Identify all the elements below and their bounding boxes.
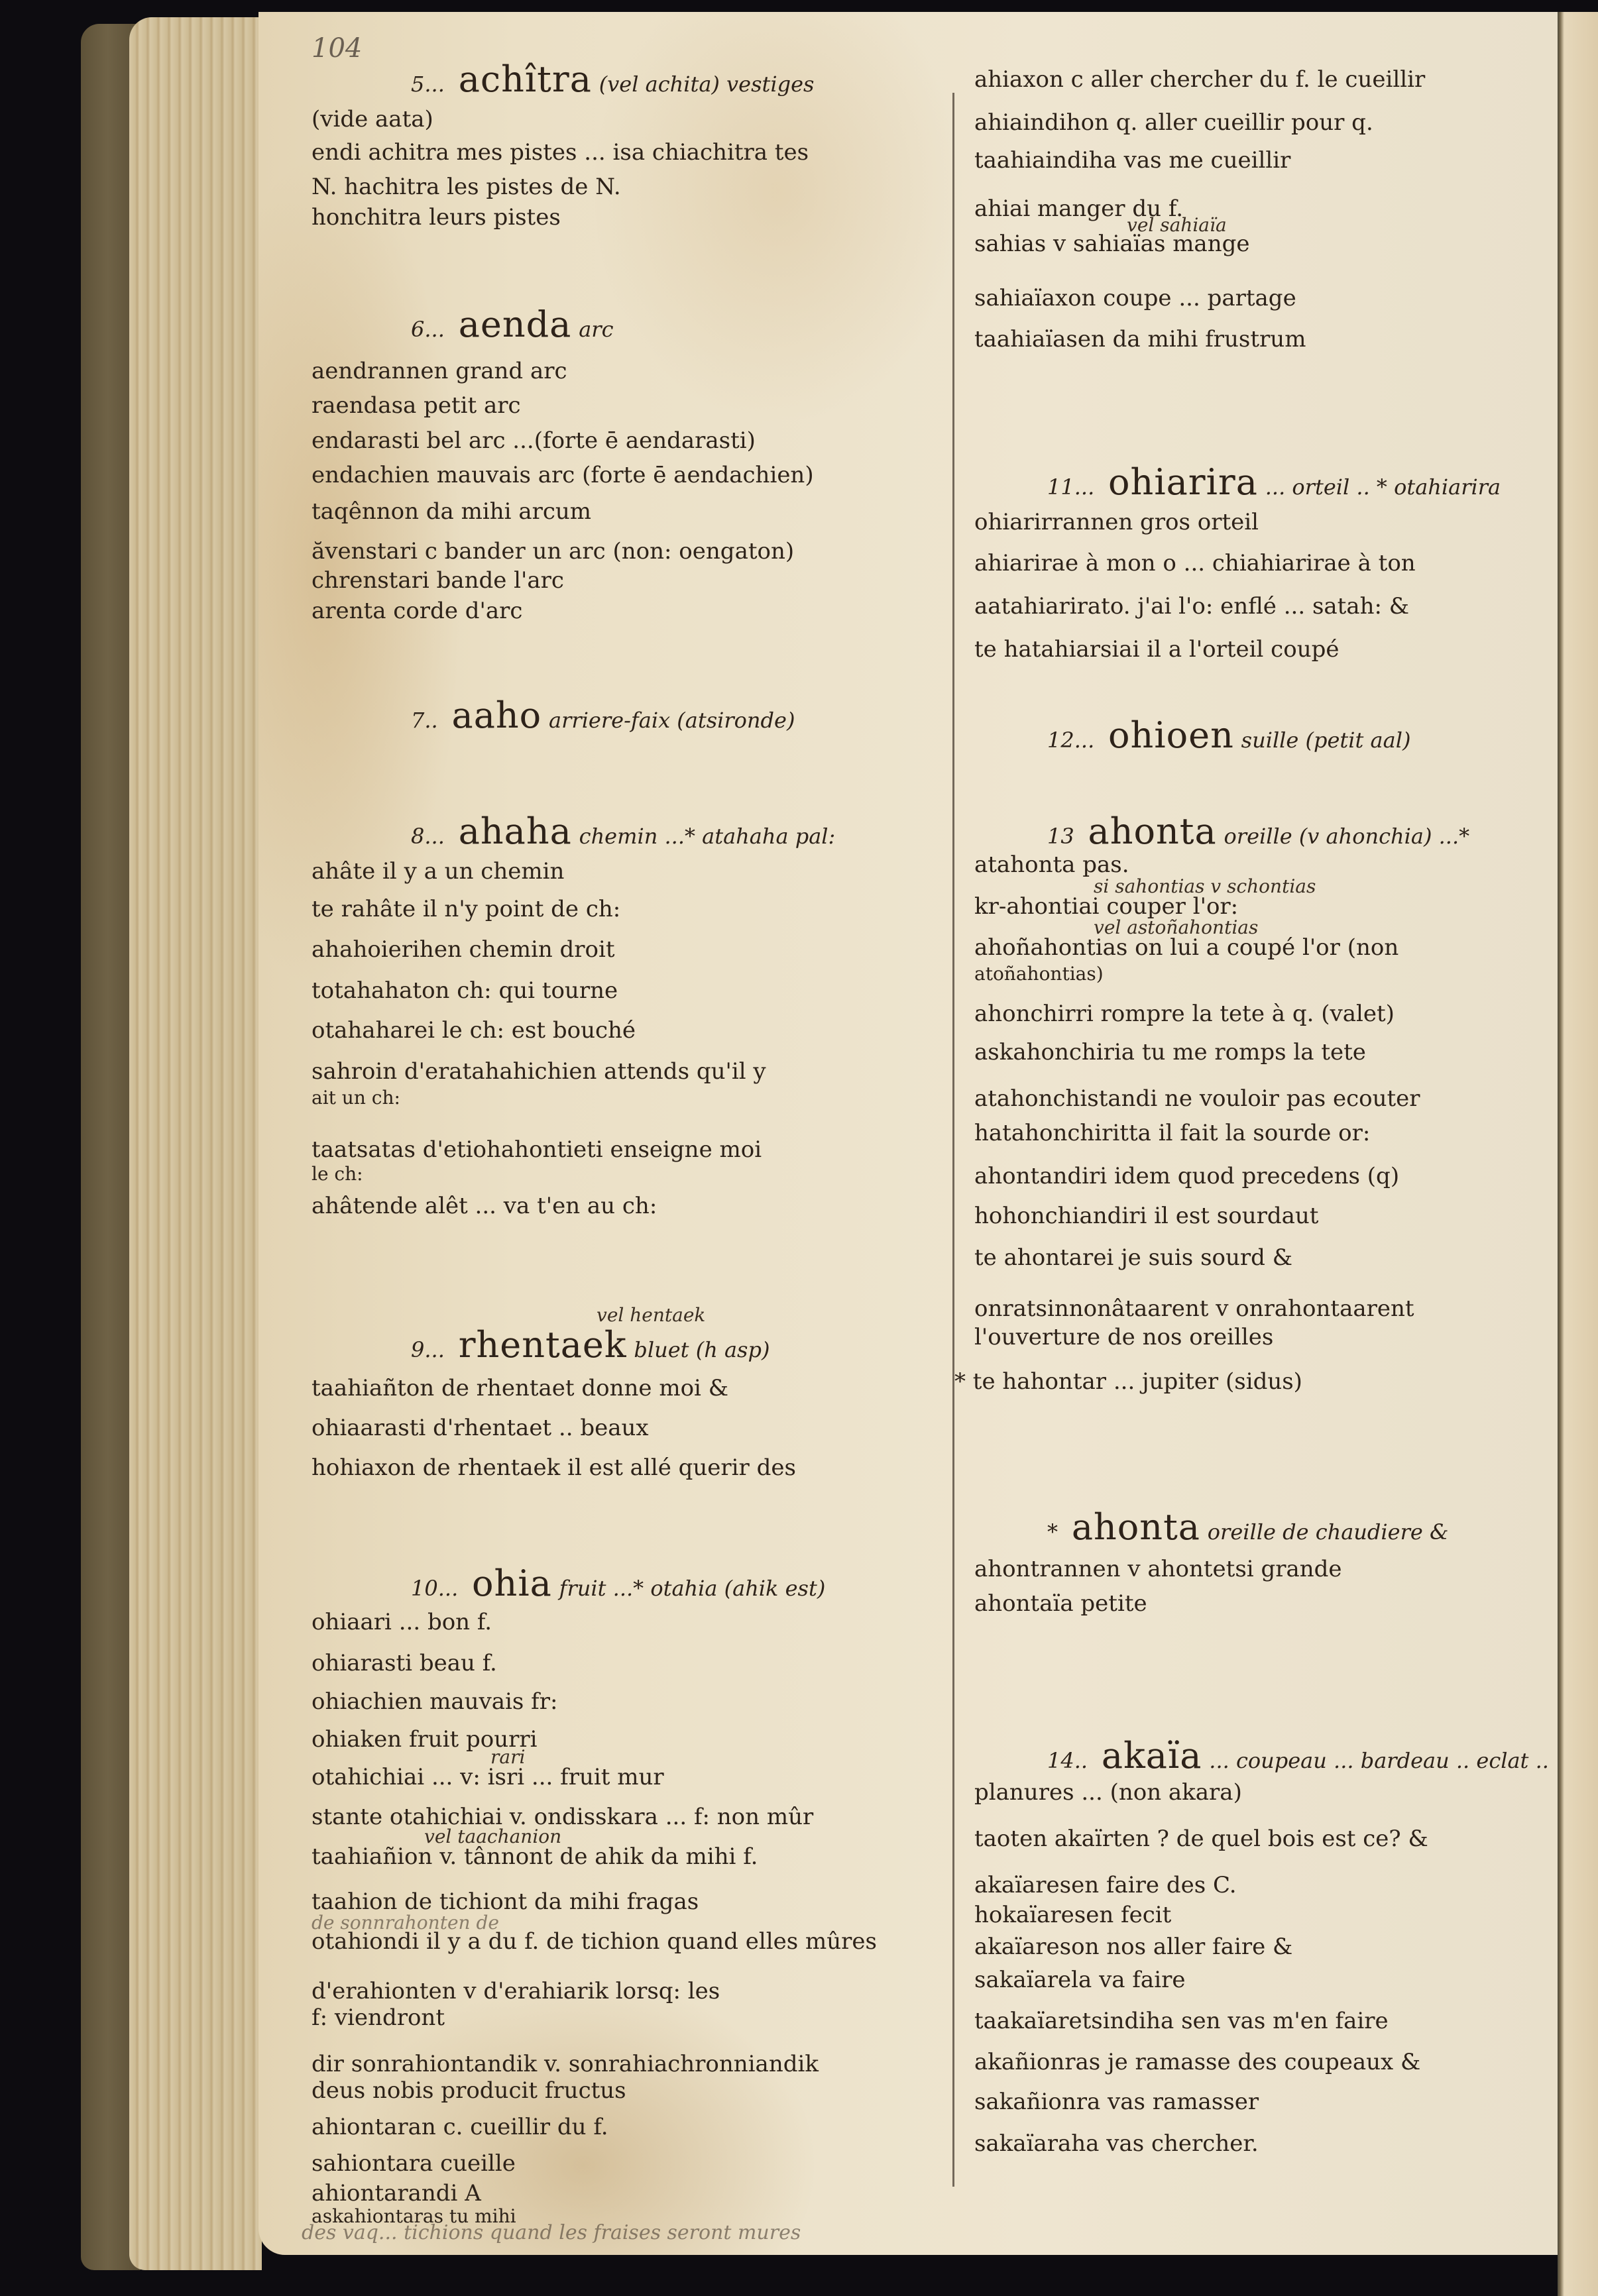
entry-line: chrenstari bande l'arc — [312, 567, 564, 594]
entry-line: taatsatas d'etiohahontieti enseigne moi — [312, 1136, 762, 1163]
entry-line: atahonchistandi ne vouloir pas ecouter — [974, 1085, 1420, 1112]
entry-line: taahiañton de rhentaet donne moi & — [312, 1375, 728, 1401]
page-edges — [129, 17, 262, 2270]
entry-heading: 14.. akaïa ... coupeau ... bardeau .. ec… — [974, 1743, 1549, 1774]
entry-heading: 6... aenda arc — [312, 311, 614, 343]
entry-line: raendasa petit arc — [312, 392, 521, 419]
entry-line: aendrannen grand arc — [312, 358, 567, 384]
entry-line: honchitra leurs pistes — [312, 204, 561, 231]
entry-line: akaïareson nos aller faire & — [974, 1934, 1292, 1960]
entry-line: taahiaïasen da mihi frustrum — [974, 326, 1306, 353]
entry-line: ahâtende alêt ... va t'en au ch: — [312, 1193, 657, 1219]
entry-line: ohiaarasti d'rhentaet .. beaux — [312, 1415, 649, 1441]
headword: ohia — [472, 1562, 552, 1604]
entry-line: askahonchiria tu me romps la tete — [974, 1039, 1366, 1066]
column-divider — [952, 93, 954, 2187]
entry-line: * te hahontar ... jupiter (sidus) — [954, 1368, 1302, 1395]
entry-line: ohiarasti beau f. — [312, 1650, 497, 1676]
entry-line: sahiaïaxon coupe ... partage — [974, 285, 1296, 311]
headword: ahonta — [1088, 810, 1217, 852]
entry-heading: 10... ohia fruit ...* otahia (ahik est) — [312, 1570, 825, 1602]
headword: achîtra — [459, 58, 592, 100]
headword: rhentaek — [459, 1324, 627, 1366]
entry-line: ait un ch: — [312, 1085, 400, 1111]
headword: ahaha — [459, 810, 572, 852]
entry-line: otahaharei le ch: est bouché — [312, 1017, 636, 1044]
entry-heading: 9... rhentaek bluet (h asp) — [312, 1332, 770, 1363]
entry-line: hokaïaresen fecit — [974, 1902, 1171, 1928]
footer-note: des vaq... tichions quand les fraises se… — [302, 2221, 801, 2244]
entry-line: ahontrannen v ahontetsi grande — [974, 1556, 1342, 1582]
entry-line: d'erahionten v d'erahiarik lorsq: les — [312, 1978, 720, 2004]
entry-line: ahiaindihon q. aller cueillir pour q. — [974, 109, 1373, 136]
entry-heading: 5... achîtra (vel achita) vestiges — [312, 66, 814, 97]
headword: aaho — [452, 694, 542, 736]
entry-heading: * ahonta oreille de chaudiere & — [974, 1514, 1448, 1545]
entry-line: ahâte il y a un chemin — [312, 858, 564, 885]
entry-line: hohiaxon de rhentaek il est allé querir … — [312, 1454, 796, 1481]
entry-line: ahahoierihen chemin droit — [312, 936, 615, 963]
entry-line: ohiachien mauvais fr: — [312, 1688, 557, 1715]
entry-line: totahahaton ch: qui tourne — [312, 977, 618, 1004]
headword: ohioen — [1108, 714, 1234, 756]
entry-line: ăvenstari c bander un arc (non: oengaton… — [312, 538, 794, 565]
entry-line: arenta corde d'arc — [312, 598, 522, 624]
entry-line: te rahâte il n'y point de ch: — [312, 896, 620, 922]
headword: ohiarira — [1108, 461, 1258, 503]
entry-heading: 8... ahaha chemin ...* atahaha pal: — [312, 818, 835, 849]
headword: akaïa — [1102, 1735, 1202, 1777]
entry-line: ahiontaran c. cueillir du f. — [312, 2114, 608, 2140]
entry-line: otahiondi il y a du f. de tichion quand … — [312, 1928, 877, 1955]
entry-line: stante otahichiai v. ondisskara ... f: n… — [312, 1804, 813, 1830]
entry-line: N. hachitra les pistes de N. — [312, 174, 621, 200]
entry-heading: 11... ohiarira ... orteil .. * otahiarir… — [974, 469, 1501, 500]
entry-line: endi achitra mes pistes ... isa chiachit… — [312, 139, 809, 166]
entry-line: sahias v sahiaïas mange — [974, 231, 1250, 257]
entry-line: ahiarirae à mon o ... chiahiarirae à ton — [974, 550, 1416, 576]
entry-line: akaïaresen faire des C. — [974, 1872, 1237, 1898]
entry-line: akañionras je ramasse des coupeaux & — [974, 2049, 1420, 2075]
entry-line: taahiañion v. tânnont de ahik da mihi f. — [312, 1843, 758, 1870]
entry-line: ahiaxon c aller chercher du f. le cueill… — [974, 66, 1425, 93]
entry-line: atoñahontias) — [974, 961, 1104, 987]
entry-heading: 12... ohioen suille (petit aal) — [974, 722, 1410, 753]
entry-line: te hatahiarsiai il a l'orteil coupé — [974, 636, 1339, 663]
entry-line: sahroin d'eratahahichien attends qu'il y — [312, 1058, 766, 1085]
entry-line: (vide aata) — [312, 106, 433, 133]
entry-line: te ahontarei je suis sourd & — [974, 1244, 1292, 1271]
entry-line: endarasti bel arc ...(forte ē aendarasti… — [312, 427, 756, 454]
entry-line: sakaïaraha vas chercher. — [974, 2130, 1259, 2157]
headword: ahonta — [1072, 1506, 1200, 1548]
entry-line: ohiarirrannen gros orteil — [974, 509, 1259, 535]
entry-line: ahiontarandi A — [312, 2180, 481, 2207]
entry-line: hohonchiandiri il est sourdaut — [974, 1203, 1318, 1229]
entry-line: endachien mauvais arc (forte ē aendachie… — [312, 462, 814, 488]
entry-line: planures ... (non akara) — [974, 1779, 1242, 1806]
entry-line: l'ouverture de nos oreilles — [974, 1324, 1273, 1350]
entry-line: ahoñahontias on lui a coupé l'or (non — [974, 934, 1398, 961]
entry-line: sahiontara cueille — [312, 2150, 516, 2177]
entry-line: ohiaari ... bon f. — [312, 1609, 492, 1635]
entry-line: otahichiai ... v: isri ... fruit mur — [312, 1764, 664, 1790]
entry-heading: 13 ahonta oreille (v ahonchia) ...* — [974, 818, 1469, 849]
entry-line: taqênnon da mihi arcum — [312, 498, 591, 525]
entry-line: aatahiarirato. j'ai l'o: enflé ... satah… — [974, 593, 1409, 620]
entry-line: taakaïaretsindiha sen vas m'en faire — [974, 2008, 1389, 2034]
entry-line: hatahonchiritta il fait la sourde or: — [974, 1120, 1370, 1146]
entry-line: sakaïarela va faire — [974, 1967, 1185, 1993]
entry-line: sakañionra vas ramasser — [974, 2089, 1259, 2115]
entry-line: taahiaindiha vas me cueillir — [974, 147, 1290, 174]
entry-line: onratsinnonâtaarent v onrahontaarent — [974, 1295, 1414, 1322]
entry-line: ahontandiri idem quod precedens (q) — [974, 1163, 1399, 1189]
entry-heading: 7.. aaho arriere-faix (atsironde) — [312, 702, 795, 734]
entry-line: f: viendront — [312, 2004, 445, 2031]
entry-line: taoten akaïrten ? de quel bois est ce? & — [974, 1826, 1428, 1852]
entry-line: dir sonrahiontandik v. sonrahiachronnian… — [312, 2051, 819, 2077]
entry-line: ahonchirri rompre la tete à q. (valet) — [974, 1001, 1395, 1027]
page-number: 104 — [312, 33, 362, 64]
entry-line: ahontaïa petite — [974, 1590, 1147, 1617]
entry-line: le ch: — [312, 1161, 363, 1187]
entry-line: deus nobis producit fructus — [312, 2077, 626, 2104]
headword: aenda — [459, 303, 572, 345]
next-page-edge — [1558, 12, 1598, 2296]
